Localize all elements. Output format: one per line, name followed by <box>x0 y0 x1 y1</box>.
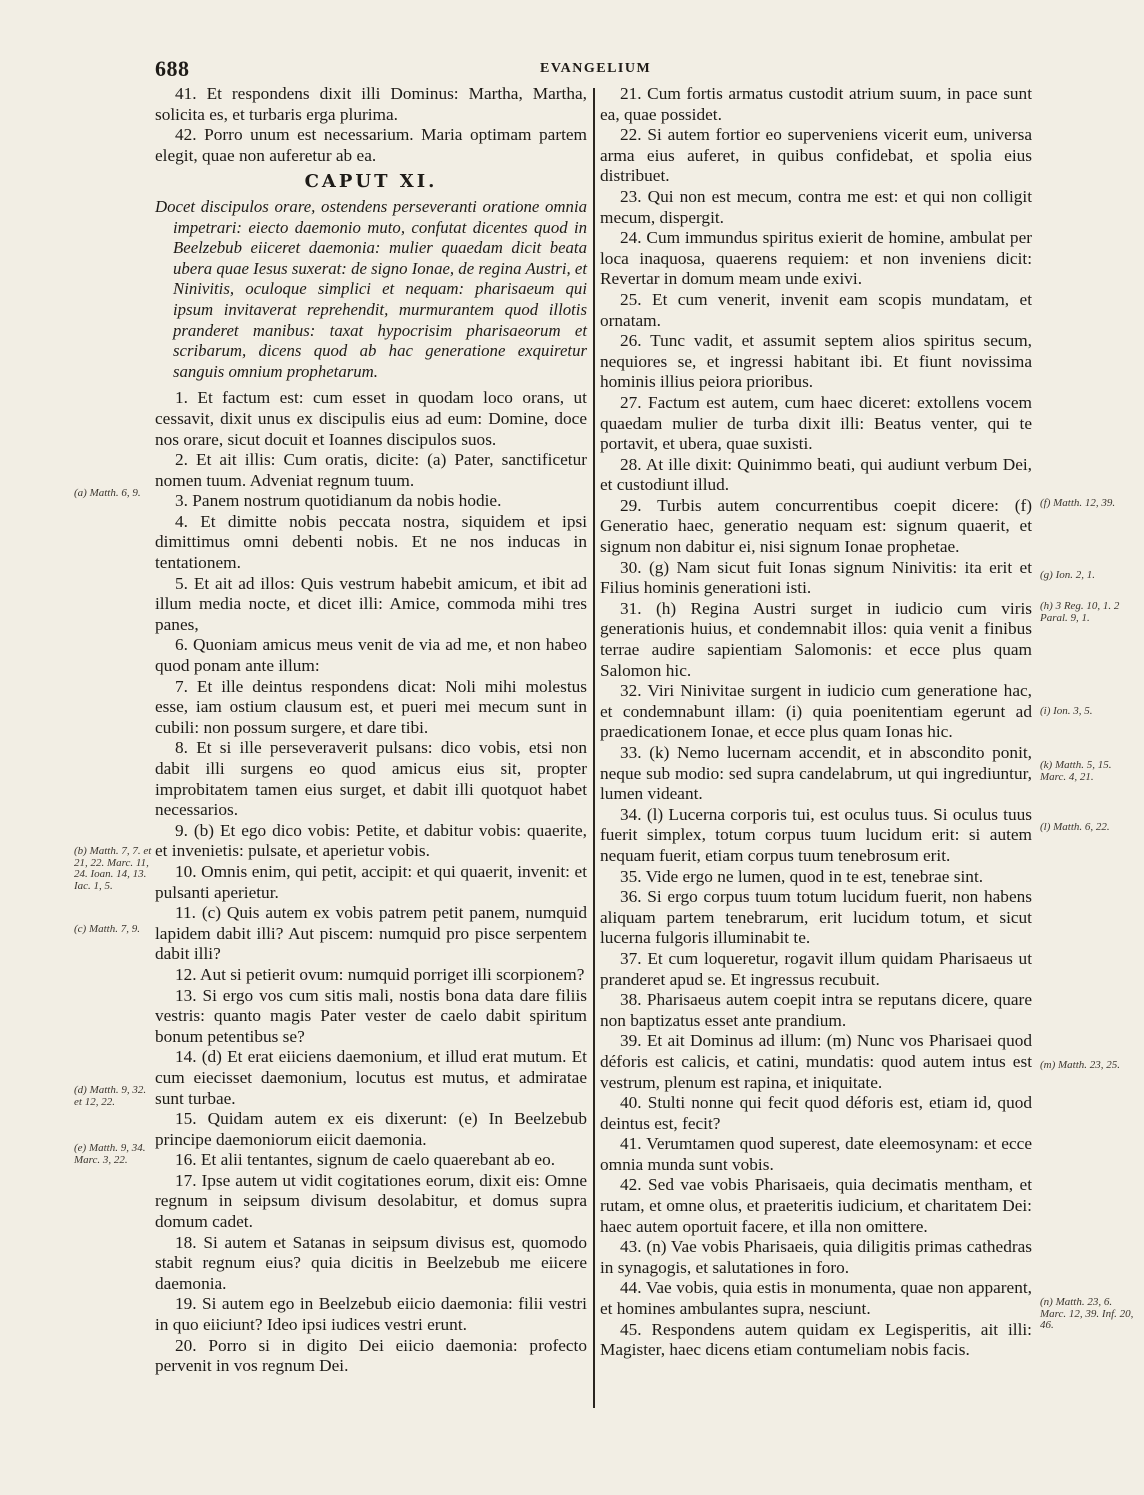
verse: 3. Panem nostrum quotidianum da nobis ho… <box>155 491 587 512</box>
verse: 41. Verumtamen quod superest, date eleem… <box>600 1134 1032 1175</box>
book-page: 688 EVANGELIUM 41. Et respondens dixit i… <box>0 0 1144 1495</box>
margin-note: (a) Matth. 6, 9. <box>74 488 154 500</box>
verse: 21. Cum fortis armatus custodit atrium s… <box>600 84 1032 125</box>
margin-note: (k) Matth. 5, 15. Marc. 4, 21. <box>1040 760 1140 783</box>
verse: 19. Si autem ego in Beelzebub eiicio dae… <box>155 1294 587 1335</box>
verse: 18. Si autem et Satanas in seipsum divis… <box>155 1233 587 1295</box>
margin-note: (e) Matth. 9, 34. Marc. 3, 22. <box>74 1143 154 1166</box>
verse: 10. Omnis enim, qui petit, accipit: et q… <box>155 862 587 903</box>
margin-note: (n) Matth. 23, 6. Marc. 12, 39. Inf. 20,… <box>1040 1297 1140 1332</box>
verse: 40. Stulti nonne qui fecit quod déforis … <box>600 1093 1032 1134</box>
verse: 37. Et cum loqueretur, rogavit illum qui… <box>600 949 1032 990</box>
verse: 29. Turbis autem concurrentibus coepit d… <box>600 496 1032 558</box>
chapter-summary: Docet discipulos orare, ostendens persev… <box>155 197 587 382</box>
verse: 16. Et alii tentantes, signum de caelo q… <box>155 1150 587 1171</box>
verse: 23. Qui non est mecum, contra me est: et… <box>600 187 1032 228</box>
verse: 11. (c) Quis autem ex vobis patrem petit… <box>155 903 587 965</box>
verse: 36. Si ergo corpus tuum totum lucidum fu… <box>600 887 1032 949</box>
margin-note: (m) Matth. 23, 25. <box>1040 1060 1140 1072</box>
verse: 12. Aut si petierit ovum: numquid porrig… <box>155 965 587 986</box>
verse: 43. (n) Vae vobis Pharisaeis, quia dilig… <box>600 1237 1032 1278</box>
verse: 39. Et ait Dominus ad illum: (m) Nunc vo… <box>600 1031 1032 1093</box>
verse: 28. At ille dixit: Quinimmo beati, qui a… <box>600 455 1032 496</box>
margin-note: (b) Matth. 7, 7. et 21, 22. Marc. 11, 24… <box>74 846 154 892</box>
margin-note: (d) Matth. 9, 32. et 12, 22. <box>74 1085 154 1108</box>
right-column: 21. Cum fortis armatus custodit atrium s… <box>600 84 1032 1361</box>
column-divider <box>593 88 595 1408</box>
verse: 34. (l) Lucerna corporis tui, est oculus… <box>600 805 1032 867</box>
verse: 6. Quoniam amicus meus venit de via ad m… <box>155 635 587 676</box>
left-column: 41. Et respondens dixit illi Dominus: Ma… <box>155 84 587 1377</box>
verse: 24. Cum immundus spiritus exierit de hom… <box>600 228 1032 290</box>
verse: 44. Vae vobis, quia estis in monumenta, … <box>600 1278 1032 1319</box>
verse: 33. (k) Nemo lucernam accendit, et in ab… <box>600 743 1032 805</box>
verse: 1. Et factum est: cum esset in quodam lo… <box>155 388 587 450</box>
verse: 7. Et ille deintus respondens dicat: Nol… <box>155 677 587 739</box>
margin-note: (i) Ion. 3, 5. <box>1040 706 1140 718</box>
left-verses: 1. Et factum est: cum esset in quodam lo… <box>155 388 587 1377</box>
verse: 27. Factum est autem, cum haec diceret: … <box>600 393 1032 455</box>
verse: 25. Et cum venerit, invenit eam scopis m… <box>600 290 1032 331</box>
verse: 5. Et ait ad illos: Quis vestrum habebit… <box>155 574 587 636</box>
verse: 41. Et respondens dixit illi Dominus: Ma… <box>155 84 587 125</box>
verse: 45. Respondens autem quidam ex Legisperi… <box>600 1320 1032 1361</box>
running-head: 688 EVANGELIUM <box>155 56 1005 82</box>
verse: 31. (h) Regina Austri surget in iudicio … <box>600 599 1032 681</box>
verse: 22. Si autem fortior eo superveniens vic… <box>600 125 1032 187</box>
page-number: 688 <box>155 56 190 82</box>
verse: 32. Viri Ninivitae surgent in iudicio cu… <box>600 681 1032 743</box>
verse: 14. (d) Et erat eiiciens daemonium, et i… <box>155 1047 587 1109</box>
verse: 35. Vide ergo ne lumen, quod in te est, … <box>600 867 1032 888</box>
chapter-title: CAPUT XI. <box>155 172 587 193</box>
verse: 30. (g) Nam sicut fuit Ionas signum Nini… <box>600 558 1032 599</box>
verse: 13. Si ergo vos cum sitis mali, nostis b… <box>155 986 587 1048</box>
verse: 42. Porro unum est necessarium. Maria op… <box>155 125 587 166</box>
margin-note: (l) Matth. 6, 22. <box>1040 822 1140 834</box>
verse: 8. Et si ille perseveraverit pulsans: di… <box>155 738 587 820</box>
verse: 20. Porro si in digito Dei eiicio daemon… <box>155 1336 587 1377</box>
verse: 9. (b) Et ego dico vobis: Petite, et dab… <box>155 821 587 862</box>
verse: 26. Tunc vadit, et assumit septem alios … <box>600 331 1032 393</box>
verse: 15. Quidam autem ex eis dixerunt: (e) In… <box>155 1109 587 1150</box>
verse: 4. Et dimitte nobis peccata nostra, siqu… <box>155 512 587 574</box>
verse: 2. Et ait illis: Cum oratis, dicite: (a)… <box>155 450 587 491</box>
verse: 17. Ipse autem ut vidit cogitationes eor… <box>155 1171 587 1233</box>
margin-note: (h) 3 Reg. 10, 1. 2 Paral. 9, 1. <box>1040 601 1140 624</box>
running-title: EVANGELIUM <box>540 61 651 77</box>
margin-note: (c) Matth. 7, 9. <box>74 924 154 936</box>
right-verses: 21. Cum fortis armatus custodit atrium s… <box>600 84 1032 1361</box>
verse: 42. Sed vae vobis Pharisaeis, quia decim… <box>600 1175 1032 1237</box>
margin-note: (f) Matth. 12, 39. <box>1040 498 1140 510</box>
margin-note: (g) Ion. 2, 1. <box>1040 570 1140 582</box>
verse: 38. Pharisaeus autem coepit intra se rep… <box>600 990 1032 1031</box>
